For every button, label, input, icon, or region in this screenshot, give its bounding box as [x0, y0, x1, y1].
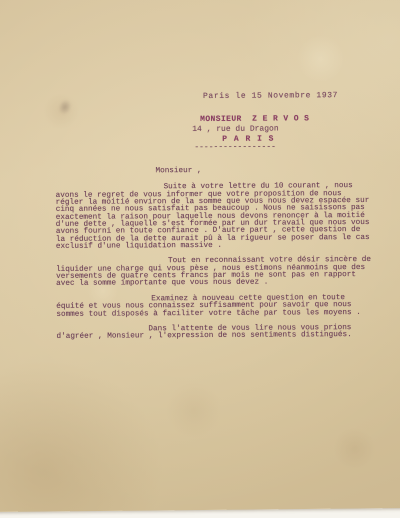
paragraph-4: Dans l'attente de vous lire nous vous pr…: [56, 325, 374, 342]
recipient-address-block: MONSIEUR Z E R V O S 14 , rue du Dragon …: [192, 114, 309, 153]
recipient-underline: -----------------: [194, 142, 309, 153]
paragraph-3: Examinez à nouveau cette question en tou…: [56, 295, 374, 319]
paragraph-2: Tout en reconnaissant votre désir sincèr…: [56, 257, 374, 288]
date-line: Paris le 15 Novembre 1937: [203, 91, 338, 101]
salutation: Monsieur ,: [155, 167, 373, 176]
typewritten-letter: Paris le 15 Novembre 1937 MONSIEUR Z E R…: [0, 0, 400, 518]
letter-body: Monsieur , Suite à votre lettre du 10 co…: [55, 167, 374, 349]
recipient-name: MONSIEUR Z E R V O S: [200, 114, 309, 125]
scanned-letter-page: Paris le 15 Novembre 1937 MONSIEUR Z E R…: [0, 0, 400, 518]
paragraph-1: Suite à votre lettre du 10 courant , nou…: [56, 183, 374, 251]
